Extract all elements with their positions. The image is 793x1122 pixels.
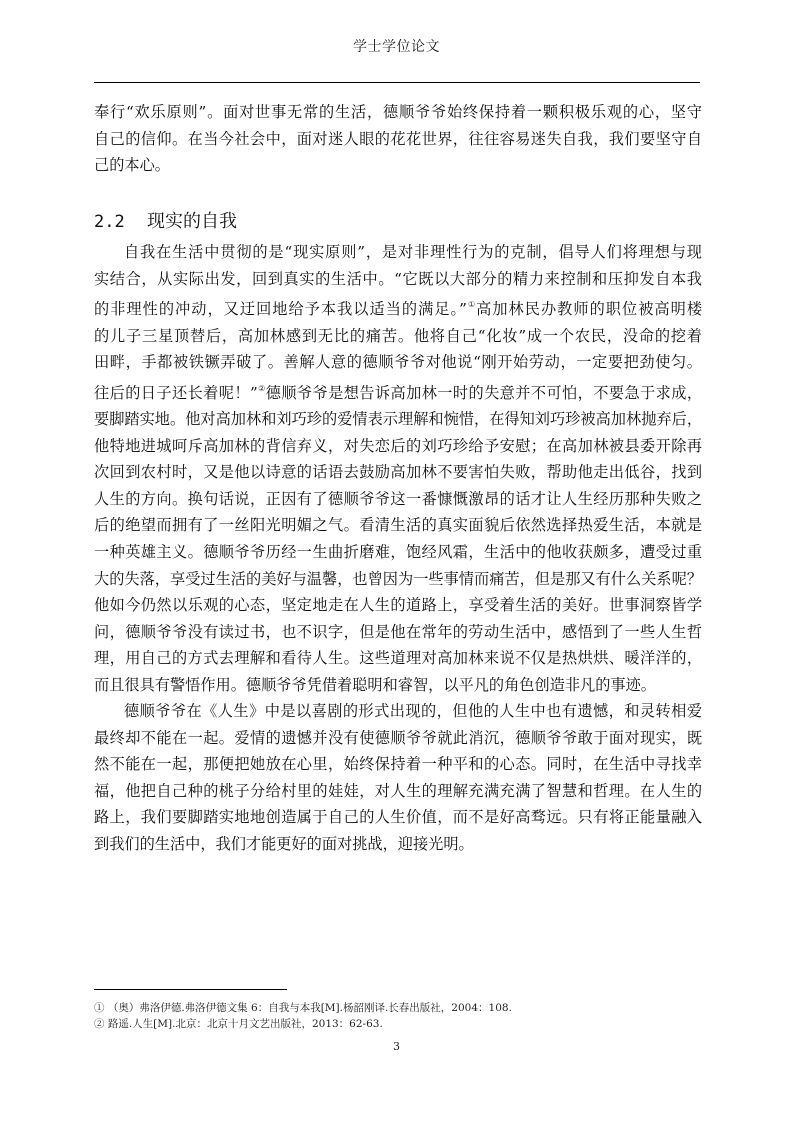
section-title: 现实的自我 <box>147 211 237 232</box>
text-segment: 往后的日子还长着呢！” <box>94 384 258 402</box>
footnote-1: ① （奥）弗洛伊德.弗洛伊德文集 6：自我与本我[M].杨韶刚译.长春出版社，2… <box>94 1000 512 1016</box>
text-line: 己的本心。 <box>94 152 702 179</box>
text-line: 而且很具有警悟作用。德顺爷爷凭借着聪明和睿智，以平凡的角色创造非凡的事迹。 <box>94 672 702 699</box>
text-line: 一种英雄主义。德顺爷爷历经一生曲折磨难，饱经风霜，生活中的他收获颇多，遭受过重 <box>94 539 702 566</box>
text-line: 往后的日子还长着呢！”②德顺爷爷是想告诉高加林一时的失意并不可怕，不要急于求成， <box>94 376 702 407</box>
text-line: 后的绝望而拥有了一丝阳光明媚之气。看清生活的真实面貌后依然选择热爱生活，本就是 <box>94 512 702 539</box>
paragraph-reality-principle: 自我在生活中贯彻的是“现实原则”，是对非理性行为的克制，倡导人们将理想与现 实结… <box>94 239 702 858</box>
intro-paragraph: 奉行“欢乐原则”。面对世事无常的生活，德顺爷爷始终保持着一颗积极乐观的心，坚守 … <box>94 99 702 179</box>
footnotes: ① （奥）弗洛伊德.弗洛伊德文集 6：自我与本我[M].杨韶刚译.长春出版社，2… <box>94 1000 512 1032</box>
text-line: 理，用自己的方式去理解和看待人生。这些道理对高加林来说不仅是热烘烘、暖洋洋的， <box>94 645 702 672</box>
header-rule <box>94 82 700 83</box>
text-line: 问，德顺爷爷没有读过书，也不识字，但是他在常年的劳动生活中，感悟到了一些人生哲 <box>94 619 702 646</box>
text-line: 自我在生活中贯彻的是“现实原则”，是对非理性行为的克制，倡导人们将理想与现 <box>94 239 702 266</box>
text-line: 大的失落，享受过生活的美好与温馨，也曾因为一些事情而痛苦，但是那又有什么关系呢？ <box>94 566 702 593</box>
text-line: 自己的信仰。在当今社会中，面对迷人眼的花花世界，往往容易迷失自我，我们要坚守自 <box>94 126 702 153</box>
text-line: 然不能在一起，那便把她放在心里，始终保持着一种平和的心态。同时，在生活中寻找幸 <box>94 751 702 778</box>
footnote-separator <box>94 989 287 990</box>
text-line: 最终却不能在一起。爱情的遗憾并没有使德顺爷爷就此消沉，德顺爷爷敢于面对现实，既 <box>94 725 702 752</box>
section-number: 2.2 <box>94 212 147 232</box>
running-header: 学士学位论文 <box>0 36 793 56</box>
text-line: 他如今仍然以乐观的心态，坚定地走在人生的道路上，享受着生活的美好。世事洞察皆学 <box>94 592 702 619</box>
text-line: 德顺爷爷在《人生》中是以喜剧的形式出现的，但他的人生中也有遗憾，和灵转相爱 <box>94 698 702 725</box>
footnote-2: ② 路遥.人生[M].北京：北京十月文艺出版社，2013：62-63. <box>94 1016 512 1032</box>
text-line: 的非理性的冲动，又迂回地给予本我以适当的满足。”①高加林民办教师的职位被高明楼 <box>94 292 702 323</box>
text-line: 他特地进城呵斥高加林的背信弃义，对失恋后的刘巧珍给予安慰；在高加林被县委开除再 <box>94 433 702 460</box>
text-line: 的儿子三星顶替后，高加林感到无比的痛苦。他将自己“化妆”成一个农民，没命的挖着 <box>94 323 702 350</box>
text-segment: 的非理性的冲动，又迂回地给予本我以适当的满足。” <box>94 300 467 318</box>
footnote-ref-1[interactable]: ① <box>467 300 476 309</box>
text-line: 人生的方向。换句话说，正因有了德顺爷爷这一番慷慨激昂的话才让人生经历那种失败之 <box>94 486 702 513</box>
text-line: 次回到农村时，又是他以诗意的话语去鼓励高加林不要害怕失败，帮助他走出低谷，找到 <box>94 459 702 486</box>
page-number: 3 <box>0 1040 793 1053</box>
section-heading: 2.2现实的自我 <box>94 207 237 233</box>
text-line: 实结合，从实际出发，回到真实的生活中。“它既以大部分的精力来控制和压抑发自本我 <box>94 266 702 293</box>
text-segment: 高加林民办教师的职位被高明楼 <box>476 300 702 318</box>
text-line: 要脚踏实地。他对高加林和刘巧珍的爱情表示理解和惋惜，在得知刘巧珍被高加林抛弃后， <box>94 406 702 433</box>
text-segment: 德顺爷爷是想告诉高加林一时的失意并不可怕，不要急于求成， <box>266 384 702 402</box>
footnote-ref-2[interactable]: ② <box>258 384 266 393</box>
text-line: 田畔，手都被铁镢弄破了。善解人意的德顺爷爷对他说“刚开始劳动，一定要把劲使匀。 <box>94 349 702 376</box>
text-line: 到我们的生活中，我们才能更好的面对挑战，迎接光明。 <box>94 831 702 858</box>
text-line: 奉行“欢乐原则”。面对世事无常的生活，德顺爷爷始终保持着一颗积极乐观的心，坚守 <box>94 99 702 126</box>
text-line: 福，他把自己种的桃子分给村里的娃娃，对人生的理解充满充满了智慧和哲理。在人生的 <box>94 778 702 805</box>
text-line: 路上，我们要脚踏实地地创造属于自己的人生价值，而不是好高骛远。只有将正能量融入 <box>94 804 702 831</box>
